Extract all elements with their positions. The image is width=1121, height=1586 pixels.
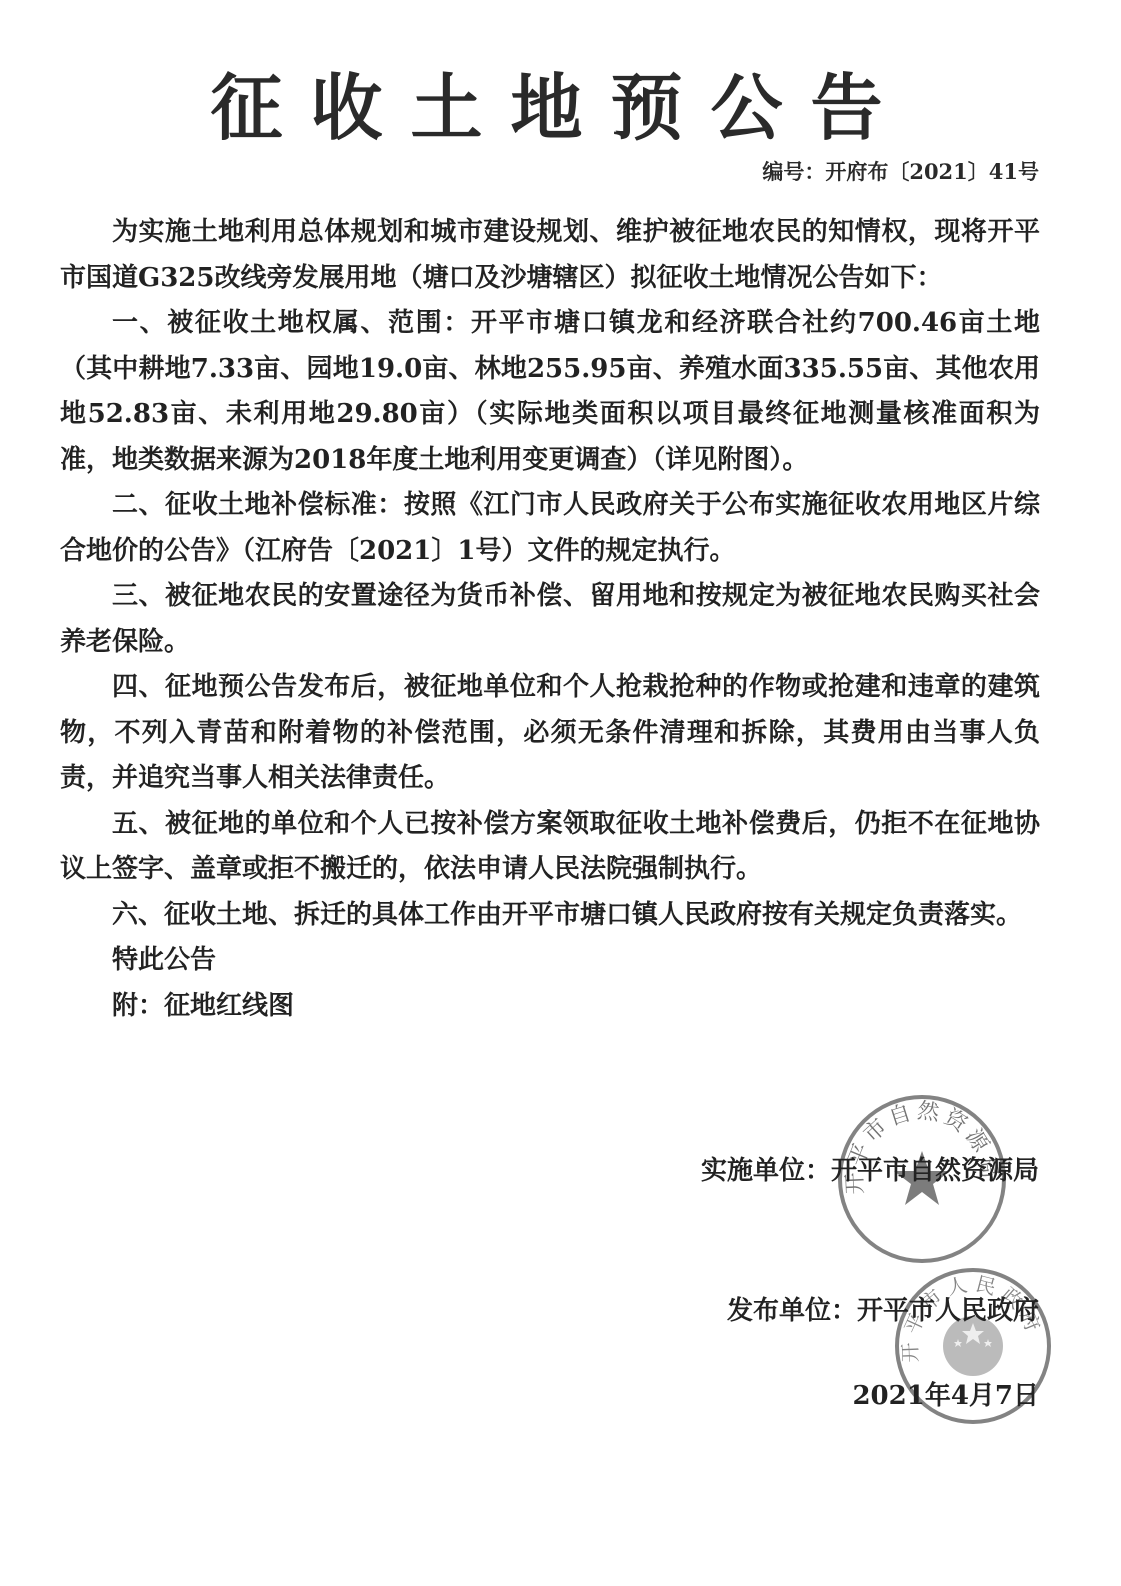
document-number: 编号：开府布〔2021〕41号 [762,156,1039,186]
section-3-paragraph: 三、被征地农民的安置途径为货币补偿、留用地和按规定为被征地农民购买社会养老保险。 [60,574,1040,665]
issuing-unit: 发布单位：开平市人民政府 [727,1290,1039,1327]
section-1-paragraph: 一、被征收土地权属、范围：开平市塘口镇龙和经济联合社约700.46亩土地（其中耕… [60,301,1040,483]
closing-text: 特此公告 [60,938,1040,984]
attachment-note: 附：征地红线图 [60,984,1040,1030]
intro-paragraph: 为实施土地利用总体规划和城市建设规划、维护被征地农民的知情权，现将开平市国道G3… [60,210,1040,301]
section-6-paragraph: 六、征收土地、拆迁的具体工作由开平市塘口镇人民政府按有关规定负责落实。 [60,893,1040,939]
implementing-unit: 实施单位：开平市自然资源局 [701,1150,1039,1187]
section-5-paragraph: 五、被征地的单位和个人已按补偿方案领取征收土地补偿费后，仍拒不在征地协议上签字、… [60,802,1040,893]
section-2-paragraph: 二、征收土地补偿标准：按照《江门市人民政府关于公布实施征收农用地区片综合地价的公… [60,483,1040,574]
section-4-paragraph: 四、征地预公告发布后，被征地单位和个人抢栽抢种的作物或抢建和违章的建筑物，不列入… [60,665,1040,802]
issue-date: 2021年4月7日 [852,1375,1039,1412]
document-body: 为实施土地利用总体规划和城市建设规划、维护被征地农民的知情权，现将开平市国道G3… [60,210,1040,1029]
document-title: 征收土地预公告 [0,68,1121,148]
